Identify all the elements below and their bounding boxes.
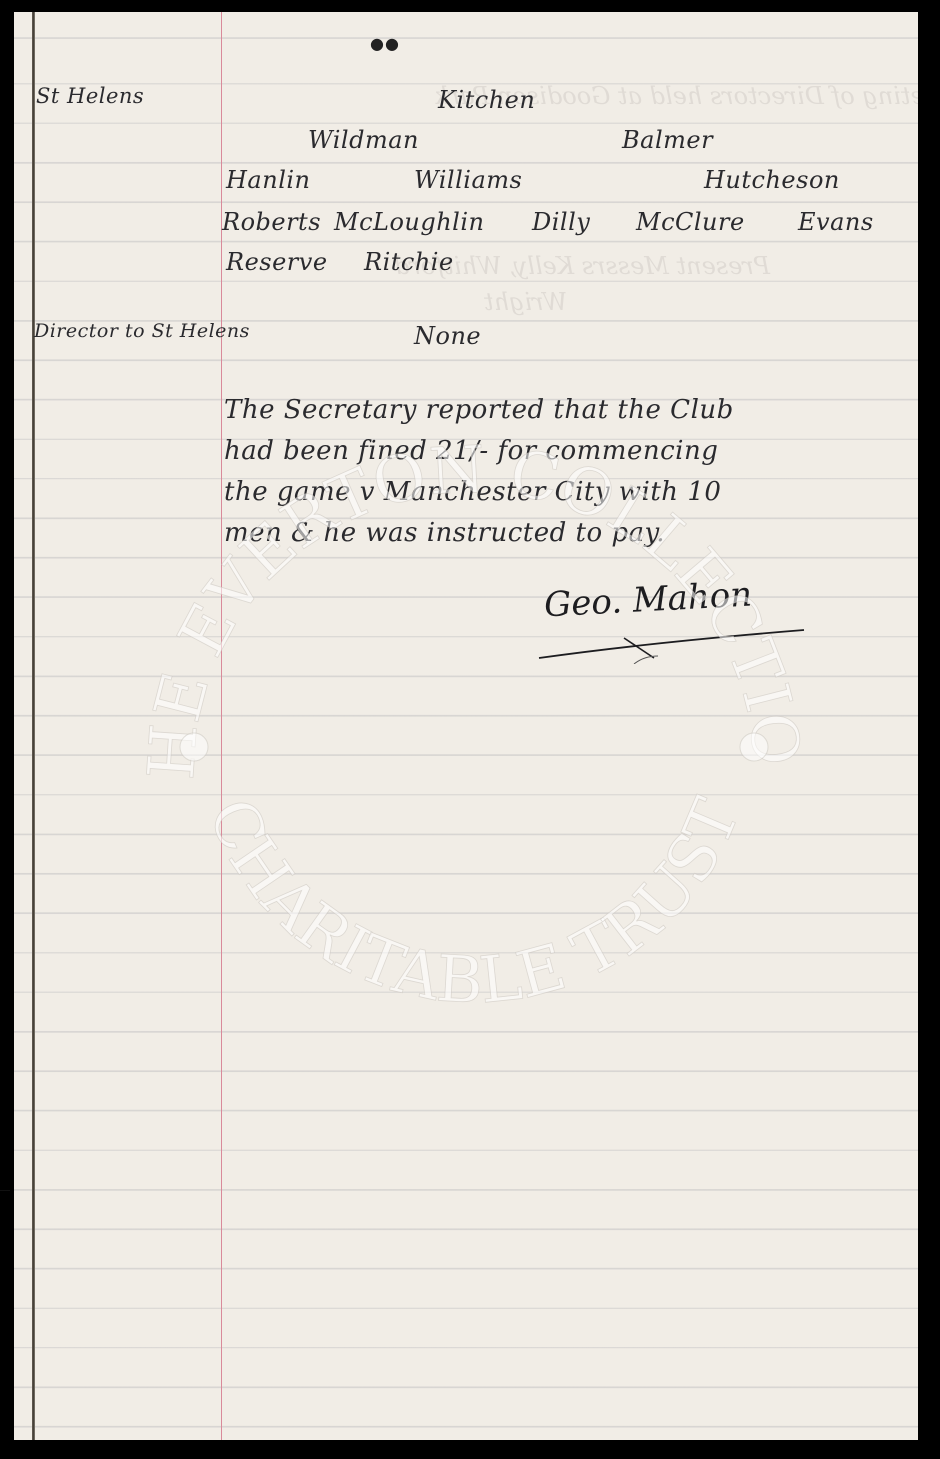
signature: Geo. Mahon — [543, 575, 753, 626]
signature-flourish-icon — [534, 624, 814, 664]
punch-dots: ●● — [370, 34, 400, 53]
margin-note-team: St Helens — [36, 84, 144, 108]
bleed-through-text: Wright — [484, 288, 567, 316]
lineup-forward-5: Evans — [798, 208, 874, 236]
lineup-half-back-right: Hutcheson — [704, 166, 840, 194]
lineup-forward-3: Dilly — [532, 208, 590, 236]
lineup-forward-2: McLoughlin — [334, 208, 485, 236]
lineup-reserve-label: Reserve — [226, 248, 328, 276]
watermark-bottom-text: CHARITABLE TRUST — [193, 788, 755, 1018]
lineup-back-right: Balmer — [622, 126, 713, 154]
edge-tick-mark — [0, 1190, 10, 1191]
minute-line: had been fined 21/- for commencing — [224, 431, 904, 472]
binding-line — [32, 12, 35, 1440]
lineup-reserve: Ritchie — [364, 248, 454, 276]
minute-paragraph: The Secretary reported that the Club had… — [224, 390, 904, 554]
lineup-back-left: Wildman — [308, 126, 419, 154]
lineup-forward-1: Roberts — [222, 208, 321, 236]
ledger-page: ●● Meeting of Directors held at Goodison… — [14, 12, 918, 1440]
lineup-goalkeeper: Kitchen — [438, 86, 535, 114]
director-value: None — [414, 322, 481, 350]
lineup-forward-4: McClure — [636, 208, 745, 236]
minute-line: the game v Manchester City with 10 — [224, 472, 904, 513]
watermark-dot-right — [740, 733, 768, 761]
minute-line: men & he was instructed to pay. — [224, 513, 904, 554]
lineup-half-back-left: Hanlin — [226, 166, 311, 194]
minute-line: The Secretary reported that the Club — [224, 390, 904, 431]
lineup-half-back-centre: Williams — [414, 166, 522, 194]
margin-note-director: Director to St Helens — [34, 320, 250, 342]
watermark-dot-left — [180, 733, 208, 761]
